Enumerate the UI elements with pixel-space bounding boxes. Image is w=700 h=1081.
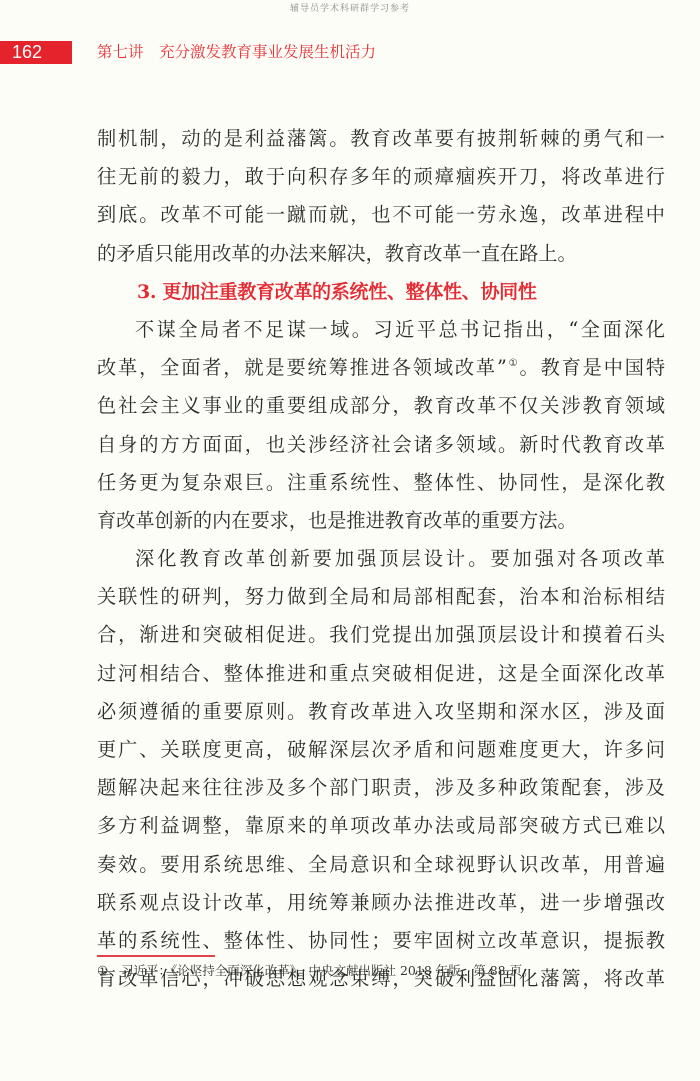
text-line: 多方利益调整，靠原来的单项改革办法或局部突破方式已难以 xyxy=(97,807,665,845)
section-heading: 3. 更加注重教育改革的系统性、整体性、协同性 xyxy=(97,273,665,311)
text-line: 奏效。要用系统思维、全局意识和全球视野认识改革，用普遍 xyxy=(97,846,665,884)
text-line: 不谋全局者不足谋一域。习近平总书记指出，“全面深化 xyxy=(97,311,665,349)
page-number-badge: 162 xyxy=(0,41,72,64)
footnote-mark: ① xyxy=(97,961,121,981)
text-line: 题解决起来往往涉及多个部门职责，涉及多种政策配套，涉及 xyxy=(97,769,665,807)
text-line: 过河相结合、整体推进和重点突破相促进，这是全面深化改革 xyxy=(97,655,665,693)
text-line: 深化教育改革创新要加强顶层设计。要加强对各项改革 xyxy=(97,540,665,578)
text-line: 联系观点设计改革，用统筹兼顾办法推进改革，进一步增强改 xyxy=(97,884,665,922)
text-line: 育改革创新的内在要求，也是推进教育改革的重要方法。 xyxy=(97,502,665,540)
text-segment: 改革，全面者，就是要统筹推进各领域改革” xyxy=(97,356,507,379)
body-text: 制机制，动的是利益藩篱。教育改革要有披荆斩棘的勇气和一 往无前的毅力，敢于向积存… xyxy=(97,120,665,998)
text-line: 任务更为复杂艰巨。注重系统性、整体性、协同性，是深化教 xyxy=(97,464,665,502)
footnote-text: 习近平：《论坚持全面深化改革》，中央文献出版社 2018 年版，第 88 页。 xyxy=(121,963,535,978)
text-line: 改革，全面者，就是要统筹推进各领域改革”①。教育是中国特 xyxy=(97,349,665,387)
chapter-title: 第七讲 充分激发教育事业发展生机活力 xyxy=(97,41,376,64)
text-line: 色社会主义事业的重要组成部分，教育改革不仅关涉教育领域 xyxy=(97,387,665,425)
watermark: 辅导员学术科研群学习参考 xyxy=(0,1,700,14)
text-line: 关联性的研判，努力做到全局和局部相配套，治本和治标相结 xyxy=(97,578,665,616)
text-line: 的矛盾只能用改革的办法来解决，教育改革一直在路上。 xyxy=(97,235,665,273)
paragraph-3: 深化教育改革创新要加强顶层设计。要加强对各项改革 关联性的研判，努力做到全局和局… xyxy=(97,540,665,998)
text-line: 更广、关联度更高，破解深层次矛盾和问题难度更大，许多问 xyxy=(97,731,665,769)
text-line: 合，渐进和突破相促进。我们党提出加强顶层设计和摸着石头 xyxy=(97,616,665,654)
text-line: 必须遵循的重要原则。教育改革进入攻坚期和深水区，涉及面 xyxy=(97,693,665,731)
text-segment: 。教育是中国特 xyxy=(520,356,666,379)
footnote-divider xyxy=(97,955,215,957)
footnote: ①习近平：《论坚持全面深化改革》，中央文献出版社 2018 年版，第 88 页。 xyxy=(97,961,535,981)
text-line: 自身的方方面面，也关涉经济社会诸多领域。新时代教育改革 xyxy=(97,426,665,464)
text-line: 制机制，动的是利益藩篱。教育改革要有披荆斩棘的勇气和一 xyxy=(97,120,665,158)
paragraph-1: 制机制，动的是利益藩篱。教育改革要有披荆斩棘的勇气和一 往无前的毅力，敢于向积存… xyxy=(97,120,665,273)
footnote-reference[interactable]: ① xyxy=(507,358,520,369)
paragraph-2: 不谋全局者不足谋一域。习近平总书记指出，“全面深化 改革，全面者，就是要统筹推进… xyxy=(97,311,665,540)
text-line: 往无前的毅力，敢于向积存多年的顽瘴痼疾开刀，将改革进行 xyxy=(97,158,665,196)
text-line: 到底。改革不可能一蹴而就，也不可能一劳永逸，改革进程中 xyxy=(97,196,665,234)
